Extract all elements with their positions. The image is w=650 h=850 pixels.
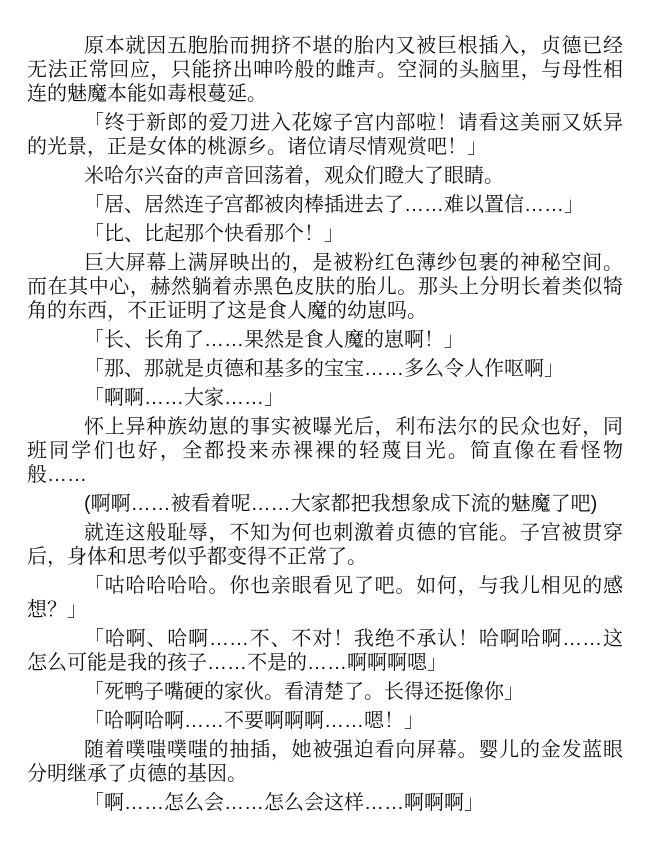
paragraph-text: 「咕哈哈哈哈。你也亲眼看见了吧。如何，与我儿相见的感想？」: [27, 574, 623, 622]
novel-text-page: 原本就因五胞胎而拥挤不堪的胎内又被巨根插入，贞德已经无法正常回应，只能挤出呻吟般…: [0, 0, 650, 850]
paragraph-text: 「终于新郎的爱刀进入花嫁子宫内部啦！请看这美丽又妖异的光景，正是女体的桃源乡。诸…: [27, 111, 623, 159]
paragraph-text: (啊啊……被看着呢……大家都把我想象成下流的魅魔了吧): [27, 492, 623, 516]
paragraph-text: 「啊……怎么会……怎么会这样……啊啊啊」: [27, 791, 623, 815]
paragraph-text: 「那、那就是贞德和基多的宝宝……多么令人作呕啊」: [27, 357, 623, 381]
paragraph-text: 「死鸭子嘴硬的家伙。看清楚了。长得还挺像你」: [27, 680, 623, 704]
paragraph-text: 「哈啊、哈啊……不、不对！我绝不承认！哈啊哈啊……这怎么可能是我的孩子……不是的…: [27, 627, 623, 675]
paragraph-text: 怀上异种族幼崽的事实被曝光后，利布法尔的民众也好，同班同学们也好，全都投来赤裸裸…: [27, 415, 623, 487]
paragraph-text: 「啊啊……大家……」: [27, 386, 623, 410]
paragraph-text: 巨大屏幕上满屏映出的，是被粉红色薄纱包裹的神秘空间。而在其中心，赫然躺着赤黑色皮…: [27, 251, 623, 323]
paragraph-text: 原本就因五胞胎而拥挤不堪的胎内又被巨根插入，贞德已经无法正常回应，只能挤出呻吟般…: [27, 34, 623, 106]
paragraph-text: 米哈尔兴奋的声音回荡着，观众们瞪大了眼睛。: [27, 164, 623, 188]
paragraph-text: 「比、比起那个快看那个！」: [27, 222, 623, 246]
paragraph-text: 「哈啊哈啊……不要啊啊啊……嗯！」: [27, 709, 623, 733]
paragraph-text: 就连这般耻辱，不知为何也刺激着贞德的官能。子宫被贯穿后，身体和思考似乎都变得不正…: [27, 521, 623, 569]
paragraph-text: 随着噗嗤噗嗤的抽插，她被强迫看向屏幕。婴儿的金发蓝眼分明继承了贞德的基因。: [27, 738, 623, 786]
paragraph-text: 「长、长角了……果然是食人魔的崽啊！」: [27, 328, 623, 352]
paragraph-text: 「居、居然连子宫都被肉棒插进去了……难以置信……」: [27, 193, 623, 217]
